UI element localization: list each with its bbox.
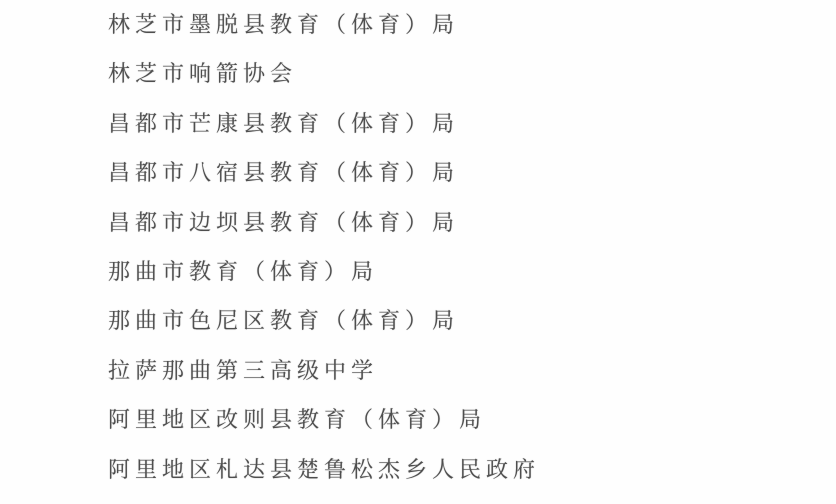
list-item: 阿里地区改则县教育（体育）局 [108, 396, 836, 445]
list-item: 林芝市响箭协会 [108, 50, 836, 99]
list-item: 那曲市色尼区教育（体育）局 [108, 297, 836, 346]
document-page: 林芝市墨脱县教育（体育）局 林芝市响箭协会 昌都市芒康县教育（体育）局 昌都市八… [0, 0, 836, 504]
organization-list: 林芝市墨脱县教育（体育）局 林芝市响箭协会 昌都市芒康县教育（体育）局 昌都市八… [108, 1, 836, 495]
list-item: 那曲市教育（体育）局 [108, 248, 836, 297]
list-item: 昌都市芒康县教育（体育）局 [108, 100, 836, 149]
list-item: 昌都市边坝县教育（体育）局 [108, 199, 836, 248]
list-item: 拉萨那曲第三高级中学 [108, 347, 836, 396]
list-item: 阿里地区札达县楚鲁松杰乡人民政府 [108, 446, 836, 495]
list-item: 林芝市墨脱县教育（体育）局 [108, 1, 836, 50]
list-item: 昌都市八宿县教育（体育）局 [108, 149, 836, 198]
